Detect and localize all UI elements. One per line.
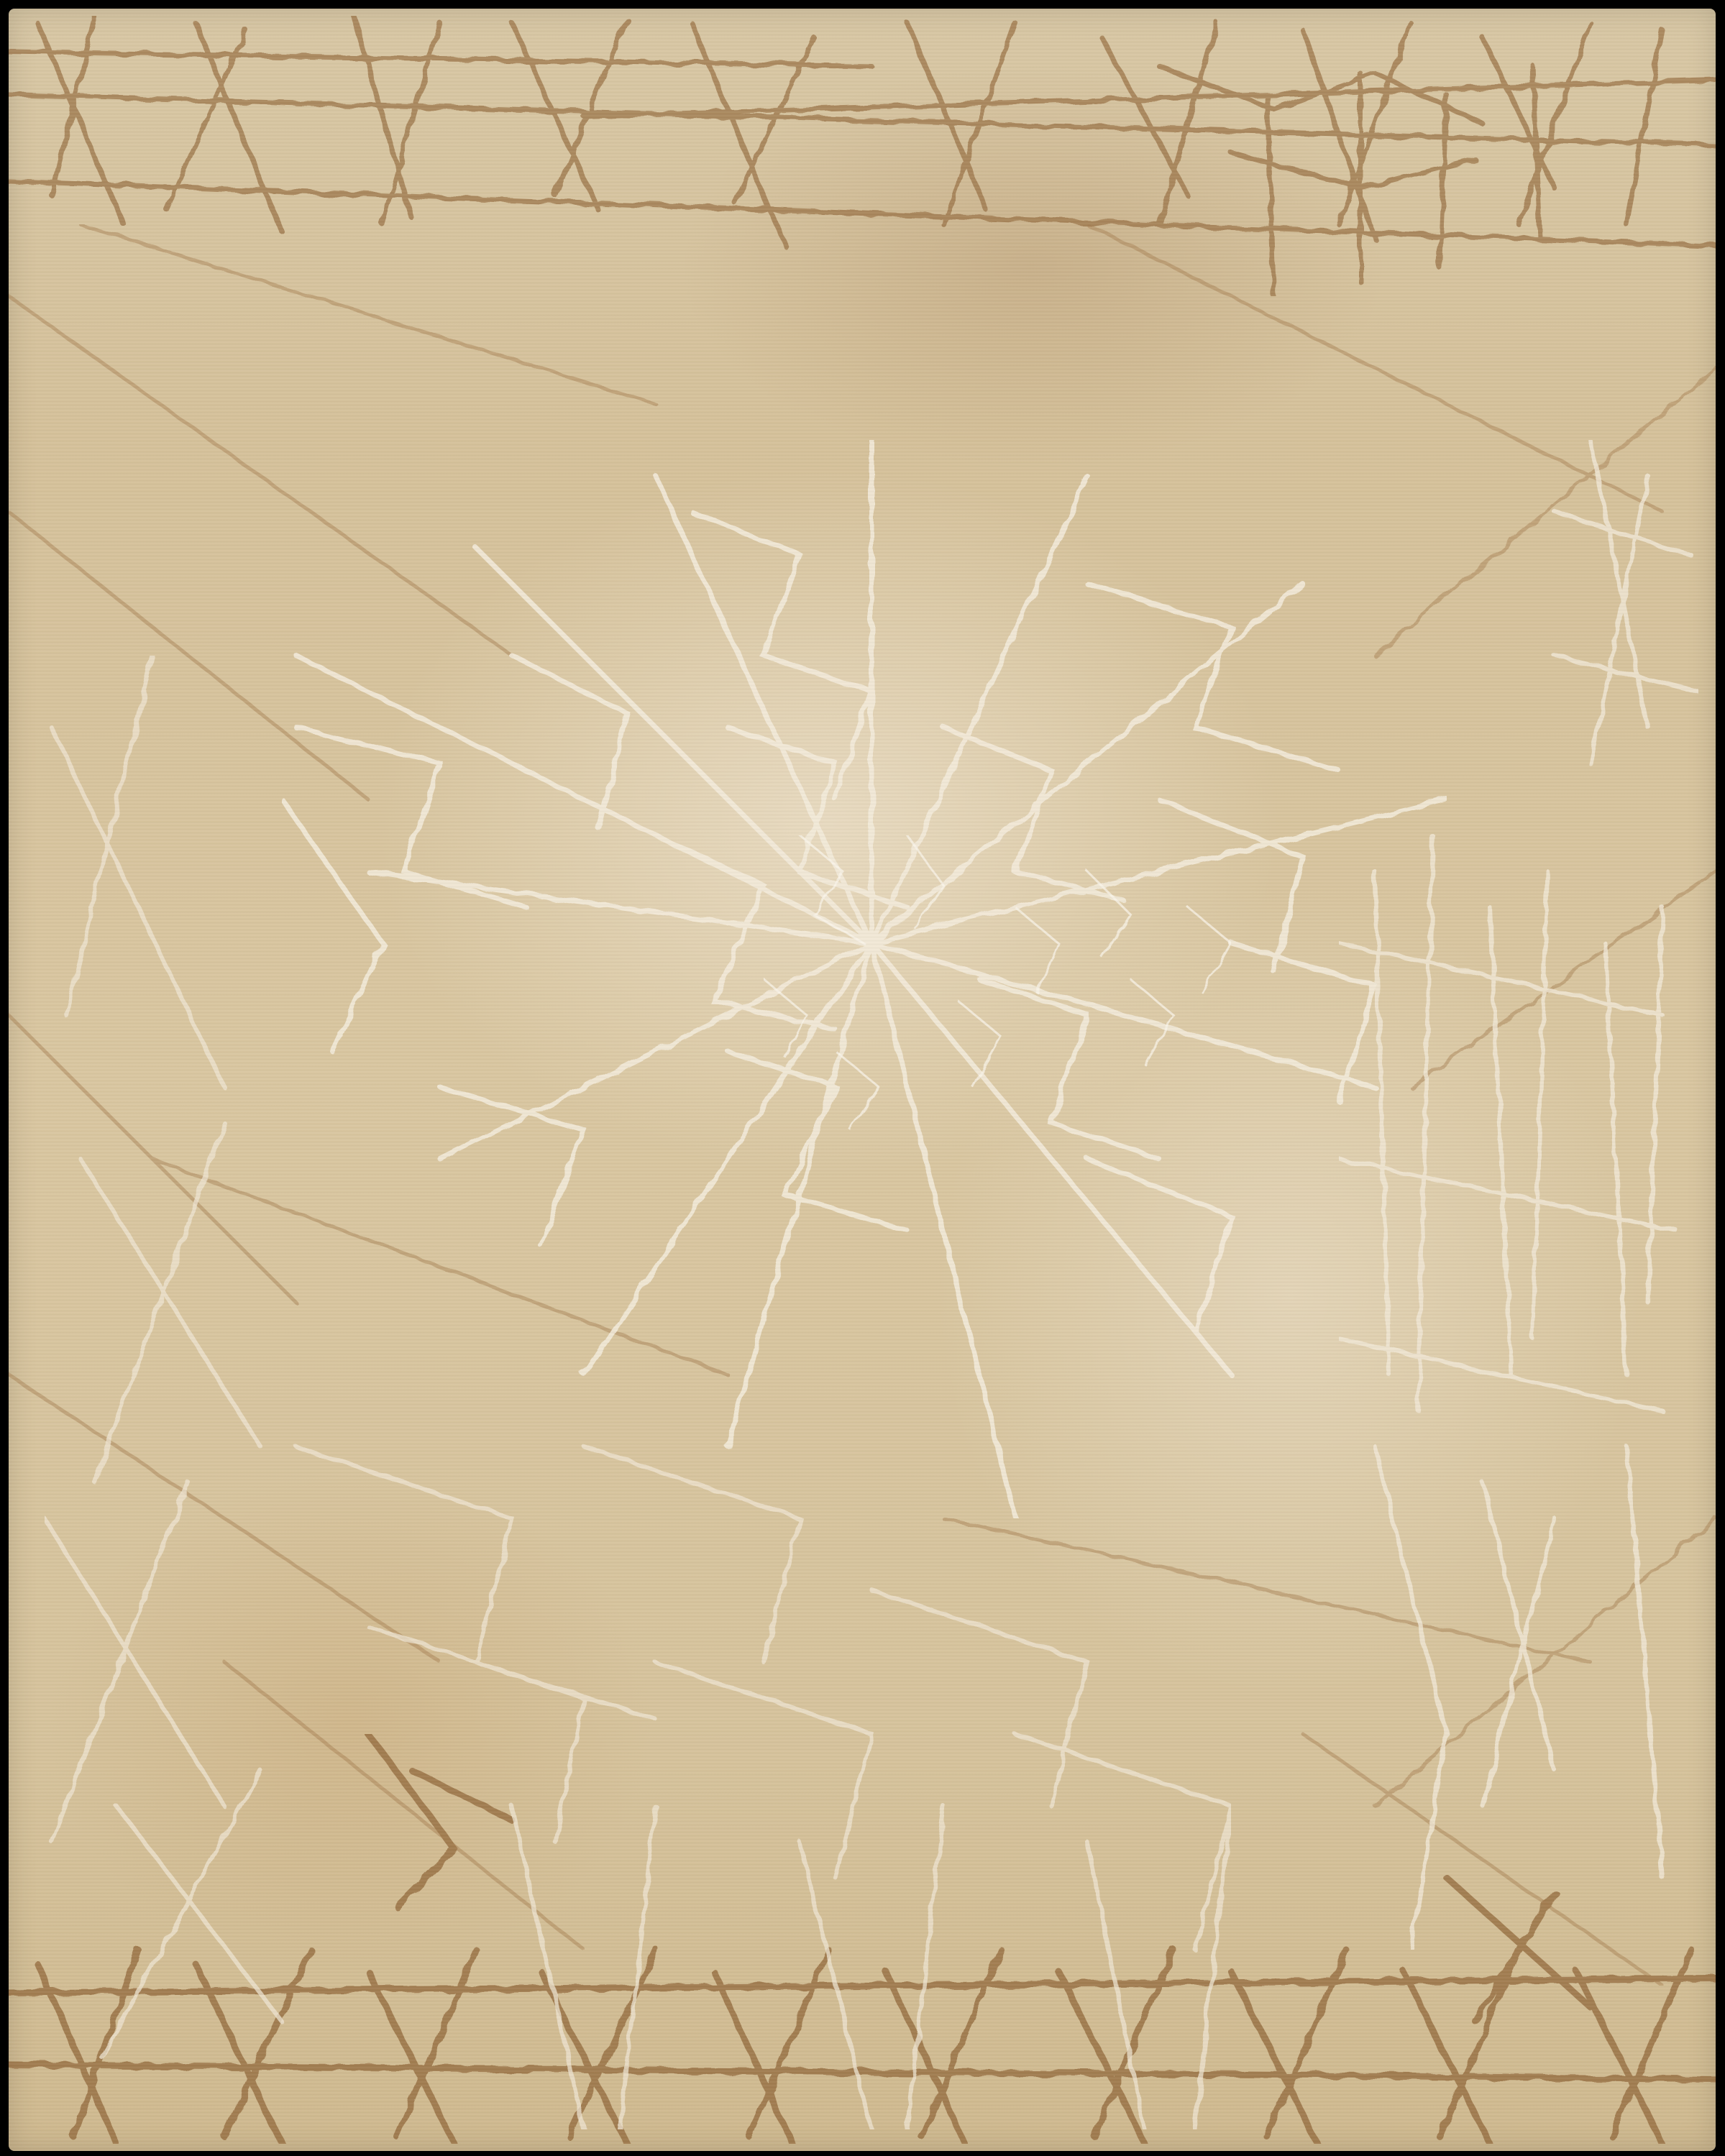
rug — [9, 9, 1716, 2151]
image-subject: Hand-knotted area rug with abstract crac… — [0, 0, 1, 1]
rug-pattern — [9, 9, 1716, 2151]
